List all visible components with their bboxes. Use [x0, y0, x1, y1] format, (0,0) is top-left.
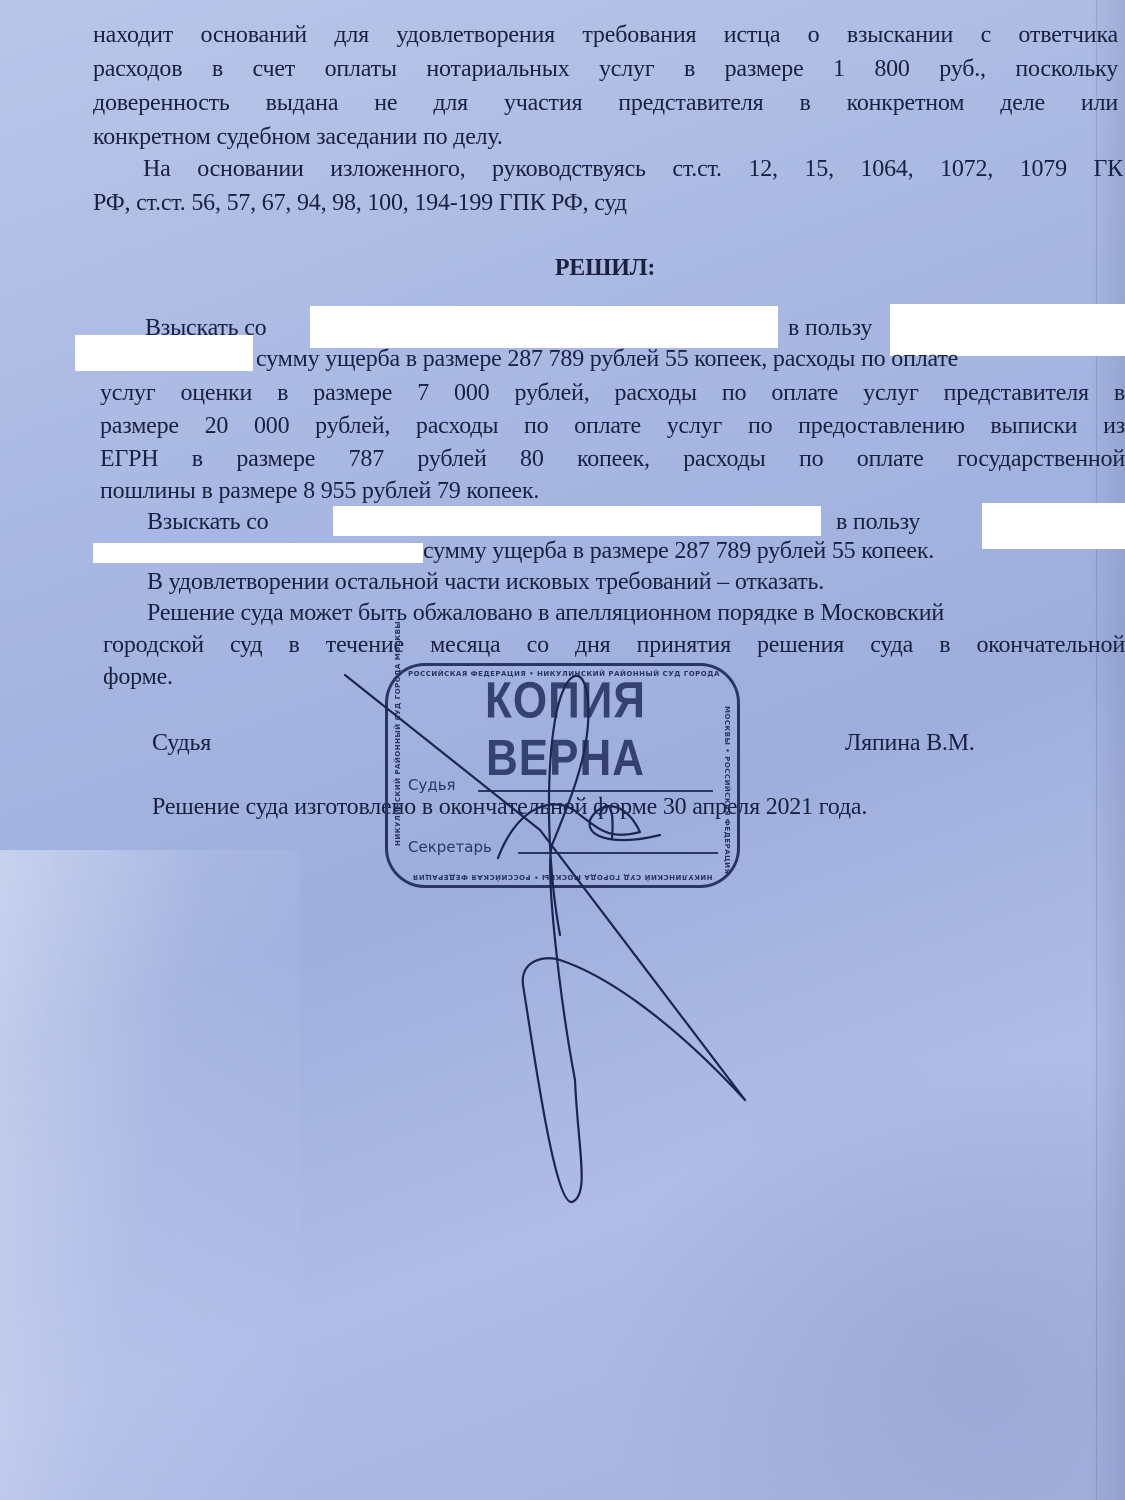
stamp-title: КОПИЯ ВЕРНА [408, 673, 723, 788]
stamp-secretary-field: Секретарь [408, 838, 492, 856]
redacted-plaintiff-name-2-cont [93, 543, 423, 563]
stamp-secretary-rule [518, 852, 718, 854]
paragraph-5: В удовлетворении остальной части исковых… [147, 567, 824, 597]
redacted-defendant-name [310, 306, 778, 348]
stamp-judge-field: Судья [408, 776, 456, 794]
redacted-plaintiff-name-2 [982, 503, 1125, 549]
paragraph-1-line-3: доверенность выдана не для участия предс… [93, 88, 1118, 118]
paragraph-1-line-4: конкретном судебном заседании по делу. [93, 122, 503, 152]
stamp-judge-label: Судья [408, 776, 456, 794]
paragraph-4-in-favor: в пользу [836, 507, 920, 537]
paper-edge-line [1096, 0, 1097, 1500]
certified-copy-stamp: РОССИЙСКАЯ ФЕДЕРАЦИЯ • НИКУЛИНСКИЙ РАЙОН… [385, 663, 740, 888]
paragraph-6-line-3: форме. [103, 662, 173, 692]
stamp-secretary-label: Секретарь [408, 838, 492, 856]
paragraph-1-line-1: находит оснований для удовлетворения тре… [93, 20, 1118, 50]
paragraph-3-line-6: пошлины в размере 8 955 рублей 79 копеек… [100, 476, 539, 506]
paragraph-3-line-2: сумму ущерба в размере 287 789 рублей 55… [256, 344, 958, 374]
redacted-plaintiff-name-cont [75, 335, 253, 371]
paper-edge-shadow [1090, 0, 1125, 1500]
paragraph-4-line-2: сумму ущерба в размере 287 789 рублей 55… [423, 536, 934, 566]
paper-fold-highlight [0, 850, 300, 1500]
paragraph-2-line-2: РФ, ст.ст. 56, 57, 67, 94, 98, 100, 194-… [93, 188, 627, 218]
paragraph-1-line-2: расходов в счет оплаты нотариальных услу… [93, 54, 1118, 84]
paragraph-6-line-2: городской суд в течение месяца со дня пр… [103, 630, 1125, 660]
paragraph-2-line-1: На основании изложенного, руководствуясь… [143, 154, 1123, 184]
stamp-judge-rule [478, 790, 713, 792]
stamp-ring-text-left: НИКУЛИНСКИЙ РАЙОННЫЙ СУД ГОРОДА МОСКВЫ [394, 706, 402, 846]
paragraph-3-line-5: ЕГРН в размере 787 рублей 80 копеек, рас… [100, 444, 1125, 474]
paragraph-3-in-favor: в пользу [788, 313, 872, 343]
decision-heading: РЕШИЛ: [0, 253, 1125, 283]
paragraph-3-line-3: услуг оценки в размере 7 000 рублей, рас… [100, 378, 1125, 408]
paragraph-3-line-4: размере 20 000 рублей, расходы по оплате… [100, 411, 1125, 441]
judge-name: Ляпина В.М. [845, 728, 975, 758]
stamp-ring-text-bottom: НИКУЛИНСКИЙ СУД ГОРОДА МОСКВЫ • РОССИЙСК… [408, 873, 717, 881]
paper-shadow [600, 1050, 1125, 1500]
redacted-defendant-name-2 [333, 506, 821, 536]
stamp-ring-text-right: МОСКВЫ • РОССИЙСКАЯ ФЕДЕРАЦИЯ [723, 706, 731, 846]
judge-label: Судья [152, 728, 211, 758]
paragraph-4-lead: Взыскать со [147, 507, 268, 537]
paragraph-6-line-1: Решение суда может быть обжаловано в апе… [147, 598, 944, 628]
